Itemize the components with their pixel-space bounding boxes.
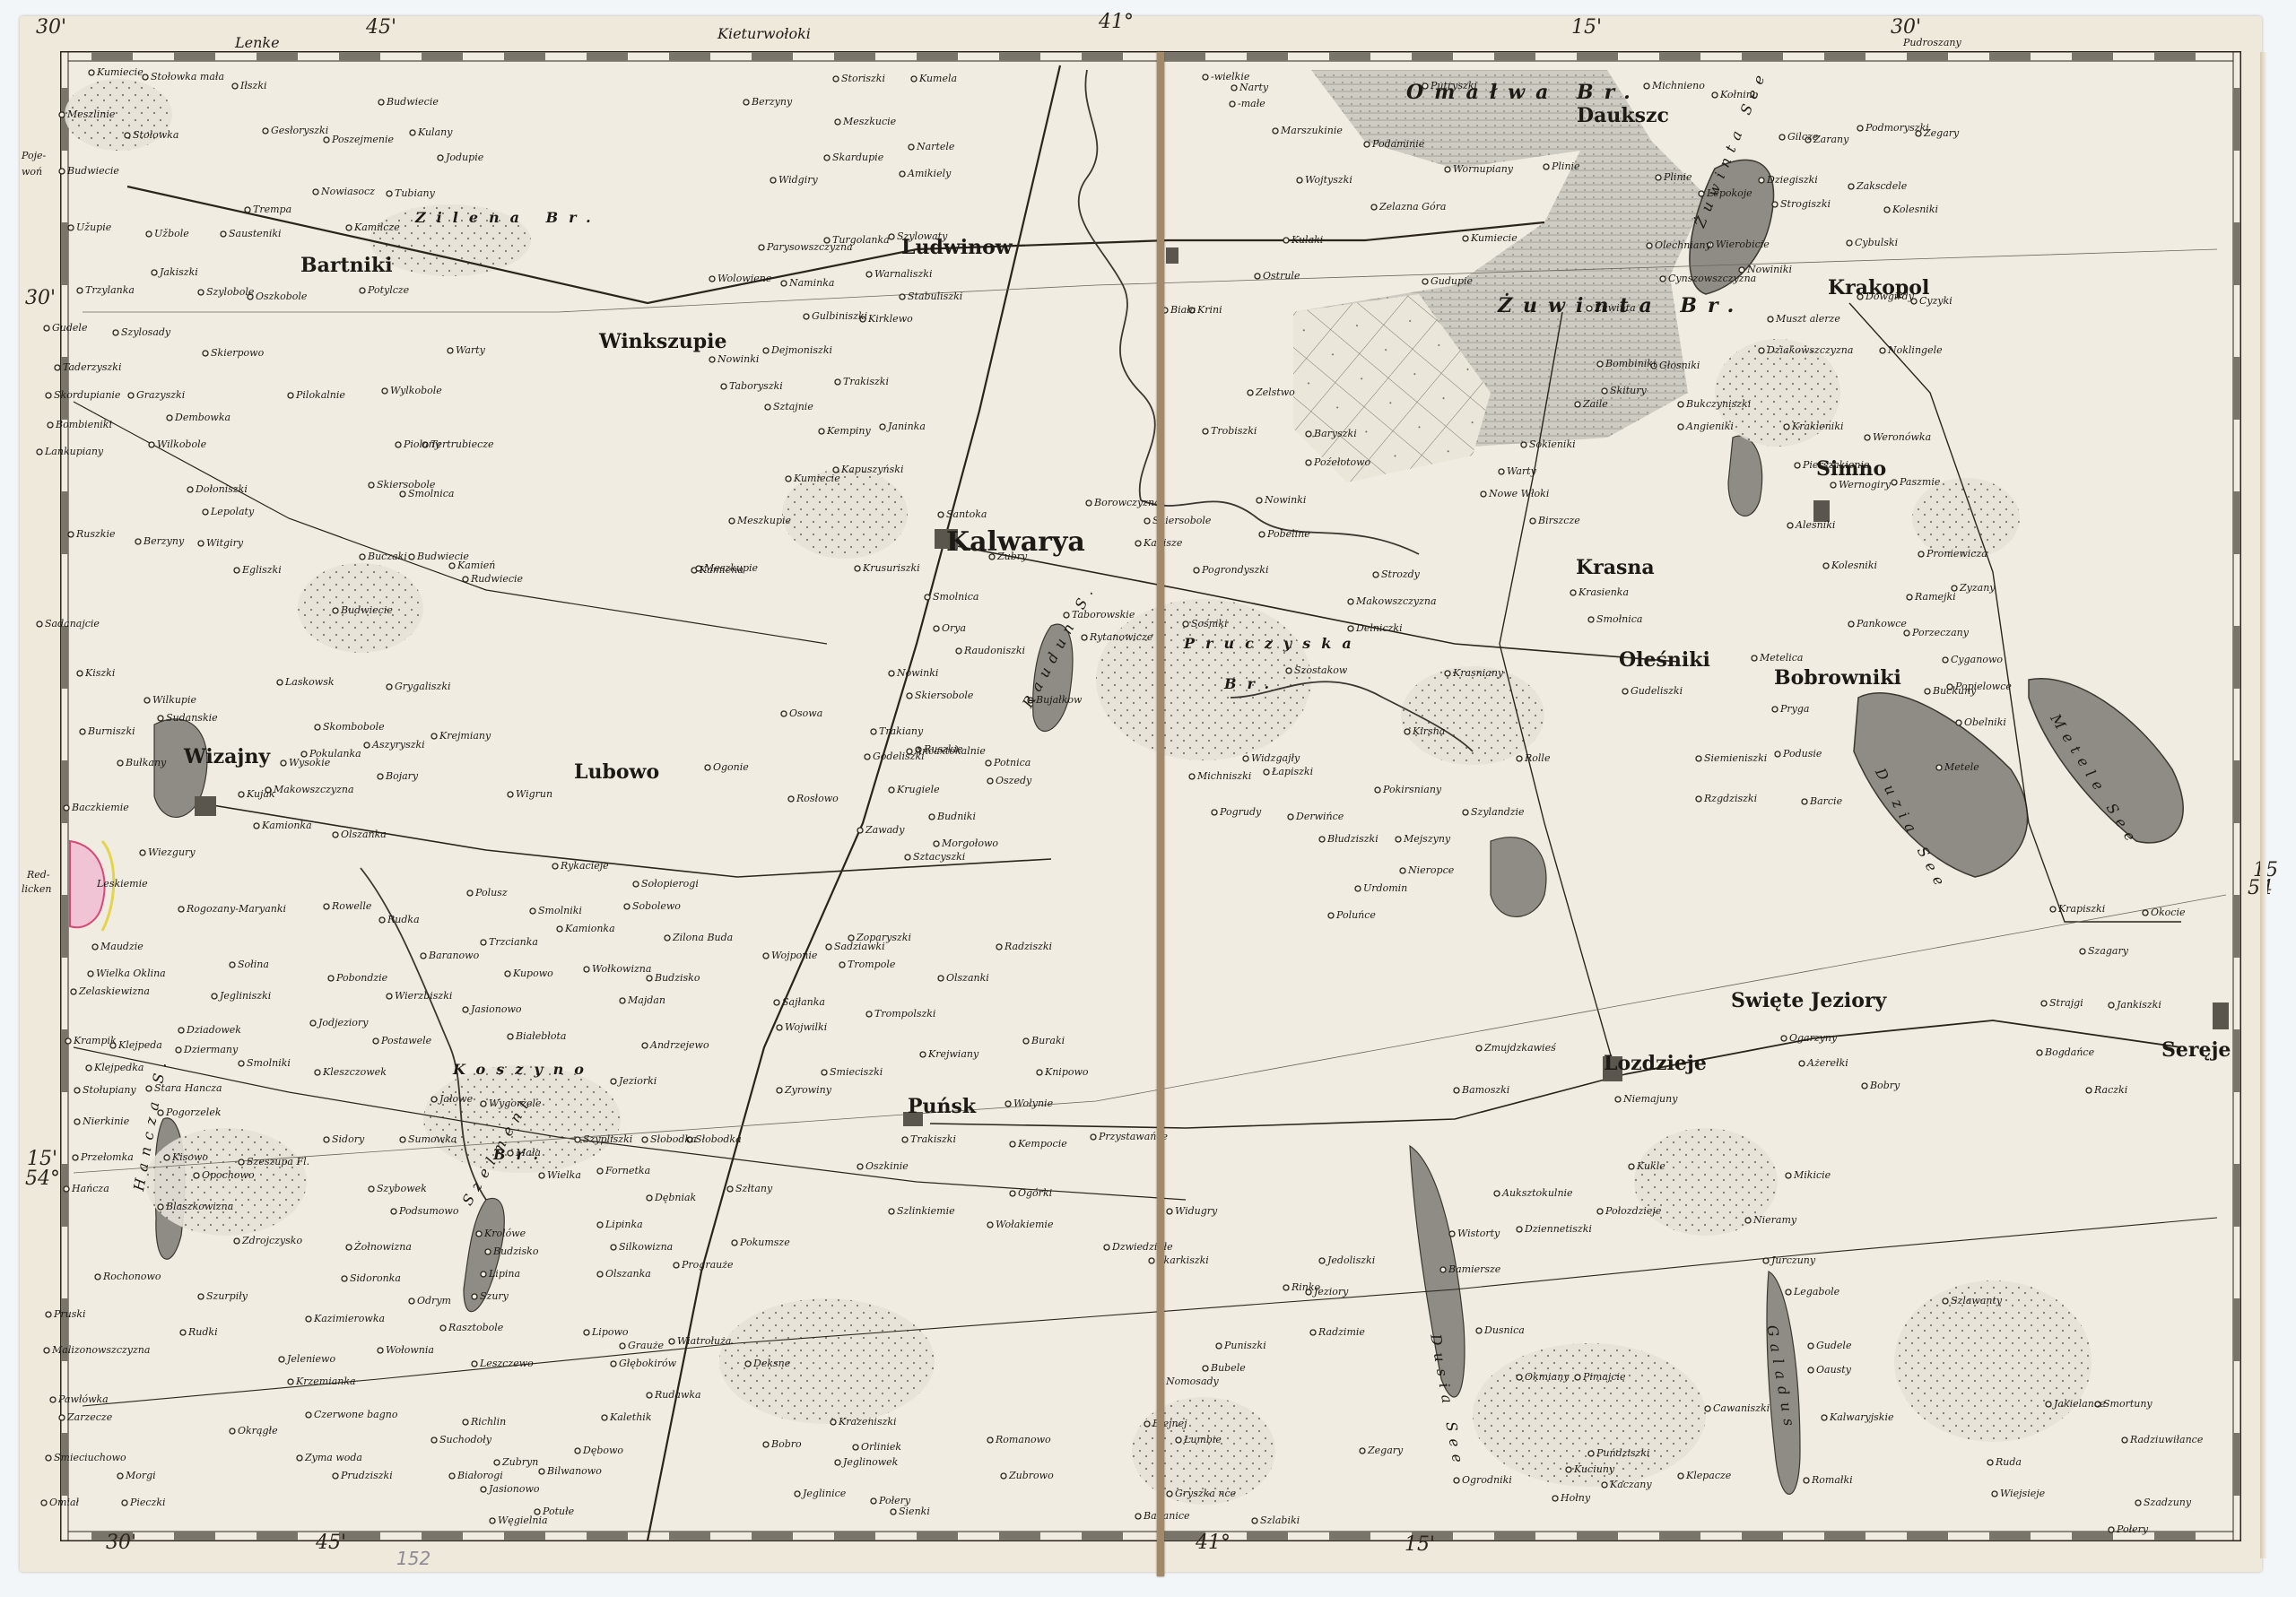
village-label: Wielka Oklina: [96, 968, 166, 978]
village-marker-icon: [1183, 621, 1188, 627]
village-marker-icon: [1644, 83, 1649, 89]
village-label: Nartele: [917, 142, 954, 152]
village-label: Omiał: [49, 1497, 79, 1507]
village-marker-icon: [490, 1518, 495, 1523]
village-label: Trakiszki: [843, 377, 889, 386]
village-marker-icon: [313, 189, 318, 195]
village-label: Kalwaryjskie: [1830, 1412, 1894, 1422]
village-label: Jasionowo: [471, 1004, 522, 1014]
village-label: Widugry: [1175, 1206, 1217, 1216]
village-marker-icon: [1622, 689, 1628, 694]
village-marker-icon: [95, 1274, 100, 1280]
village-marker-icon: [835, 1460, 840, 1465]
village-marker-icon: [481, 1487, 486, 1492]
village-label: Widgiry: [778, 175, 818, 185]
village-label: Strogiszki: [1780, 199, 1831, 209]
village-label: -małe: [1238, 99, 1265, 108]
village-marker-icon: [770, 178, 776, 183]
village-marker-icon: [1348, 599, 1353, 604]
village-marker-icon: [44, 1348, 49, 1353]
village-label: Kamionka: [262, 820, 312, 830]
village-marker-icon: [178, 1028, 184, 1033]
village-label: Szlinkiemie: [897, 1206, 955, 1216]
village-label: Olszanka: [341, 829, 387, 839]
village-label: Okrągłe: [238, 1426, 278, 1436]
village-label: Smolnica: [933, 592, 978, 602]
village-label: Kumela: [919, 74, 957, 83]
village-label: Orya: [942, 623, 966, 633]
village-label: Głębokirów: [619, 1358, 676, 1368]
village-marker-icon: [996, 944, 1002, 950]
village-label: Rykacieje: [561, 861, 609, 871]
village-label: Kamień: [457, 560, 495, 570]
village-marker-icon: [835, 119, 840, 125]
village-marker-icon: [1297, 178, 1302, 183]
village-label: Budwiecie: [387, 97, 439, 107]
village-label: Jasionowo: [489, 1484, 540, 1494]
village-marker-icon: [144, 698, 150, 703]
village-label: Strajgi: [2049, 998, 2083, 1008]
village-marker-icon: [86, 1065, 91, 1071]
village-marker-icon: [1257, 498, 1262, 503]
village-label: Wigrun: [516, 789, 552, 799]
village-marker-icon: [508, 1034, 513, 1039]
village-marker-icon: [866, 272, 872, 277]
village-marker-icon: [1476, 1046, 1482, 1051]
village-label: Dębniak: [655, 1193, 696, 1202]
village-marker-icon: [221, 231, 226, 237]
village-label: Grygaliszki: [395, 681, 451, 691]
village-marker-icon: [1759, 178, 1764, 183]
village-label: Tertrubiecze: [430, 439, 494, 449]
village-label: Metelica: [1760, 653, 1803, 663]
village-label: Sośniki: [1191, 619, 1228, 629]
village-label: Wołynie: [1013, 1098, 1053, 1108]
village-marker-icon: [122, 1500, 127, 1506]
village-label: Santoka: [946, 509, 987, 519]
village-marker-icon: [575, 1448, 580, 1454]
coordinate-tick-bottom: 15': [1405, 1533, 1435, 1556]
village-marker-icon: [198, 290, 204, 295]
village-marker-icon: [986, 760, 991, 766]
village-marker-icon: [705, 765, 710, 770]
village-label: Widzgajły: [1251, 753, 1300, 763]
village-label: Podmoryszki: [1865, 123, 1929, 133]
village-marker-icon: [288, 393, 293, 398]
village-label: Skarkiszki: [1157, 1255, 1209, 1265]
village-label: Janinka: [888, 421, 926, 431]
village-label: Wistorty: [1457, 1228, 1500, 1238]
village-marker-icon: [1203, 429, 1208, 434]
village-marker-icon: [853, 1445, 858, 1450]
village-marker-icon: [889, 671, 894, 676]
village-marker-icon: [68, 532, 74, 537]
village-label: Wojtyszki: [1305, 175, 1352, 185]
village-marker-icon: [1696, 796, 1701, 802]
coordinate-tick-left: 54°: [25, 1167, 60, 1190]
village-label: Krampik: [74, 1036, 117, 1046]
village-label: Cynszowszczyzna: [1668, 273, 1756, 283]
village-label: Taderzyszki: [63, 362, 121, 372]
village-marker-icon: [1517, 1375, 1522, 1380]
village-label: Grazyszki: [136, 390, 185, 400]
village-marker-icon: [1848, 184, 1854, 189]
village-label: Krzemianka: [296, 1376, 356, 1386]
village-label: Wołkowizna: [592, 964, 651, 974]
village-marker-icon: [2080, 949, 2085, 954]
village-label: Užupie: [76, 222, 111, 232]
village-label: Pryga: [1780, 704, 1809, 714]
village-label: Wernogiry: [1839, 480, 1891, 490]
village-label: Lipinka: [605, 1219, 643, 1229]
village-label: Pobondzie: [336, 973, 387, 983]
village-label: Kumiecie: [794, 473, 840, 483]
village-marker-icon: [1799, 1061, 1805, 1066]
village-label: Połozdzieje: [1605, 1206, 1661, 1216]
village-marker-icon: [855, 566, 860, 571]
village-label: Sobolewo: [632, 901, 681, 911]
village-label: Klepacze: [1686, 1471, 1731, 1480]
village-marker-icon: [1660, 276, 1665, 282]
village-marker-icon: [1696, 756, 1701, 761]
village-label: Strozdy: [1381, 569, 1420, 579]
village-marker-icon: [1831, 482, 1836, 488]
village-marker-icon: [597, 1272, 603, 1277]
village-marker-icon: [176, 1047, 181, 1053]
village-label: Szypliszki: [583, 1134, 632, 1144]
fold-seam: [1157, 52, 1164, 1576]
village-marker-icon: [889, 787, 894, 793]
village-marker-icon: [387, 994, 392, 999]
village-label: Poszejmenie: [332, 135, 394, 144]
village-marker-icon: [472, 1294, 477, 1299]
village-marker-icon: [1544, 164, 1549, 169]
village-marker-icon: [1454, 1478, 1459, 1483]
coordinate-tick-bottom: 45': [316, 1532, 346, 1554]
village-marker-icon: [1936, 765, 1942, 770]
village-label: Kaczany: [1610, 1480, 1652, 1489]
village-marker-icon: [575, 1137, 580, 1142]
village-marker-icon: [409, 1298, 414, 1304]
village-marker-icon: [763, 1442, 769, 1447]
village-label: Szagary: [2088, 946, 2128, 956]
village-marker-icon: [369, 482, 374, 488]
village-label: Szybowek: [377, 1184, 427, 1193]
village-marker-icon: [1259, 532, 1265, 537]
village-label: Nowe Włoki: [1489, 489, 1549, 499]
village-marker-icon: [611, 1361, 616, 1367]
village-label: Krejwiany: [928, 1049, 978, 1059]
village-label: Stabuliszki: [908, 291, 962, 301]
village-marker-icon: [2135, 1500, 2141, 1506]
village-label: -wielkie: [1211, 72, 1249, 82]
village-marker-icon: [1144, 518, 1150, 524]
village-label: Barcie: [1810, 796, 1842, 806]
village-marker-icon: [1779, 135, 1785, 140]
village-label: Sidory: [332, 1134, 364, 1144]
village-label: Birszcze: [1538, 516, 1580, 525]
village-label: Rudawka: [655, 1390, 701, 1400]
village-marker-icon: [1252, 1518, 1257, 1523]
village-label: Błudziszki: [1327, 834, 1378, 844]
village-marker-icon: [1772, 707, 1778, 712]
village-marker-icon: [1848, 621, 1854, 627]
village-marker-icon: [324, 137, 329, 143]
village-marker-icon: [333, 832, 338, 838]
town-label: Oleśniki: [1619, 650, 1710, 670]
village-marker-icon: [1310, 1330, 1316, 1335]
village-marker-icon: [369, 1186, 374, 1192]
village-marker-icon: [822, 1070, 827, 1075]
village-label: Kulany: [418, 127, 452, 137]
village-label: Orliniek: [861, 1442, 901, 1452]
village-marker-icon: [1306, 460, 1311, 465]
village-marker-icon: [1135, 541, 1141, 546]
village-marker-icon: [212, 994, 217, 999]
village-label: Sajłanka: [782, 997, 825, 1007]
village-marker-icon: [203, 509, 208, 515]
village-label: Krazeniszki: [839, 1417, 897, 1427]
map-sheet: KumiecieStołowka małaIłszkiMeszlinieStoł…: [20, 16, 2262, 1572]
village-marker-icon: [77, 288, 83, 293]
village-marker-icon: [239, 792, 244, 797]
village-marker-icon: [1255, 273, 1260, 279]
village-marker-icon: [1375, 787, 1380, 793]
village-marker-icon: [987, 1222, 993, 1228]
village-marker-icon: [74, 1119, 80, 1124]
village-marker-icon: [1010, 1141, 1015, 1147]
village-marker-icon: [463, 577, 468, 582]
town-label: Krasna: [1576, 558, 1655, 577]
village-label: Raczki: [2094, 1085, 2127, 1095]
village-marker-icon: [198, 1294, 204, 1299]
village-marker-icon: [642, 1137, 648, 1142]
village-marker-icon: [1286, 668, 1291, 673]
village-label: Ostrule: [1263, 271, 1300, 281]
village-label: Trompole: [848, 959, 895, 969]
village-marker-icon: [2050, 907, 2056, 912]
village-label: Weronówka: [1873, 432, 1931, 442]
village-label: Połery: [879, 1496, 910, 1506]
village-marker-icon: [440, 1325, 446, 1331]
village-label: Kukle: [1637, 1161, 1665, 1171]
village-marker-icon: [624, 904, 630, 909]
village-label: Okmiany: [1525, 1372, 1570, 1382]
village-marker-icon: [80, 729, 85, 734]
village-label: Bubele: [1211, 1363, 1246, 1373]
village-label: Cybulski: [1855, 238, 1898, 247]
village-marker-icon: [1784, 424, 1789, 430]
town-label: Bobrowniki: [1774, 668, 1901, 688]
coordinate-tick-bottom: 30': [106, 1532, 136, 1554]
village-label: Knipowo: [1045, 1067, 1089, 1077]
village-marker-icon: [1629, 1164, 1634, 1169]
village-label: Baryszki: [1314, 429, 1357, 438]
village-label: Ogarzyny: [1789, 1033, 1837, 1043]
village-label: Kempiny: [827, 426, 871, 436]
village-marker-icon: [1786, 1289, 1791, 1295]
village-label: Pawłówka: [58, 1394, 109, 1404]
village-marker-icon: [833, 76, 839, 82]
village-label: Iłszki: [240, 81, 267, 91]
village-label: Meszkucie: [843, 117, 896, 126]
village-label: Suchodoły: [439, 1435, 491, 1445]
village-label: Rolle: [1525, 753, 1550, 763]
village-label: Połery: [2117, 1524, 2148, 1534]
village-marker-icon: [44, 325, 49, 331]
village-label: Łumbie: [1184, 1435, 1222, 1445]
village-marker-icon: [1570, 590, 1576, 595]
village-marker-icon: [1355, 886, 1361, 891]
village-marker-icon: [804, 314, 809, 319]
village-label: Szadzuny: [2144, 1497, 2191, 1507]
village-label: Ruszkie: [76, 529, 116, 539]
village-label: Muszt alerze: [1776, 314, 1840, 324]
village-label: Warty: [1507, 466, 1536, 476]
village-marker-icon: [642, 1043, 648, 1048]
village-label: Dziakowszczyzna: [1767, 345, 1853, 355]
village-marker-icon: [1956, 720, 1961, 725]
village-marker-icon: [1602, 388, 1607, 394]
village-label: Białorogi: [457, 1471, 503, 1480]
village-label: Plinie: [1552, 161, 1580, 171]
region-label: Omałwa Br.: [1406, 82, 1641, 102]
village-label: Ramejki: [1915, 592, 1956, 602]
village-marker-icon: [431, 1097, 437, 1102]
village-marker-icon: [1405, 729, 1410, 734]
village-label: Jurczuny: [1771, 1255, 1815, 1265]
village-label: Trakiany: [879, 726, 923, 736]
village-label: Zelaskiewizna: [79, 986, 150, 996]
village-marker-icon: [472, 1361, 477, 1367]
village-marker-icon: [1248, 390, 1253, 395]
village-marker-icon: [530, 908, 535, 914]
village-marker-icon: [763, 953, 769, 959]
village-label: Dziegiszki: [1767, 175, 1818, 185]
village-marker-icon: [2109, 1527, 2114, 1532]
village-label: Jakielance: [2054, 1399, 2106, 1409]
village-marker-icon: [1597, 1209, 1603, 1214]
village-label: Zarany: [1813, 135, 1848, 144]
village-label: Leszczewo: [480, 1358, 534, 1368]
town-label: Winkszupie: [599, 332, 727, 352]
village-label: Wierobicie: [1716, 239, 1770, 249]
village-label: Wornupiany: [1453, 164, 1513, 174]
town-label: Lubowo: [574, 762, 659, 782]
village-label: Cyganowo: [1951, 655, 2003, 664]
village-marker-icon: [239, 1159, 244, 1165]
village-label: Zakscdele: [1857, 181, 1907, 191]
village-marker-icon: [763, 348, 769, 353]
village-marker-icon: [152, 270, 157, 275]
village-marker-icon: [378, 774, 383, 779]
village-marker-icon: [2037, 1050, 2042, 1055]
village-label: Raudoniszki: [964, 646, 1025, 655]
village-marker-icon: [64, 1186, 69, 1192]
village-marker-icon: [891, 1509, 896, 1515]
village-marker-icon: [1231, 85, 1237, 91]
village-label: Rzgdziszki: [1704, 794, 1757, 803]
village-marker-icon: [1862, 1083, 1867, 1089]
coordinate-tick-left: 30': [25, 287, 56, 309]
village-marker-icon: [89, 70, 94, 75]
village-label: Oausty: [1816, 1365, 1851, 1375]
village-marker-icon: [1481, 491, 1486, 497]
village-label: Pieczki: [130, 1497, 166, 1507]
village-marker-icon: [1086, 500, 1091, 506]
village-marker-icon: [2041, 1001, 2047, 1006]
village-marker-icon: [232, 83, 238, 89]
village-label: Kiszki: [85, 668, 115, 678]
village-marker-icon: [795, 1491, 800, 1497]
village-marker-icon: [786, 476, 791, 482]
village-label: Dembowka: [175, 412, 230, 422]
village-label: Trobiszki: [1211, 426, 1257, 436]
border-place-label: woń: [22, 167, 42, 177]
village-label: Zelazna Góra: [1379, 202, 1446, 212]
village-marker-icon: [1678, 402, 1683, 407]
village-marker-icon: [505, 971, 510, 976]
village-label: Szlawanty: [1951, 1296, 2002, 1306]
village-label: Krapiszki: [2058, 904, 2105, 914]
village-marker-icon: [1273, 128, 1278, 134]
village-label: Smolniki: [538, 906, 582, 916]
village-label: Potułe: [543, 1506, 574, 1516]
village-marker-icon: [198, 541, 204, 546]
village-marker-icon: [46, 1312, 51, 1317]
village-marker-icon: [310, 1020, 316, 1026]
village-marker-icon: [826, 944, 831, 950]
village-marker-icon: [1144, 1421, 1150, 1427]
village-label: Szylosady: [121, 327, 170, 337]
village-label: Zyma woda: [305, 1453, 362, 1462]
village-marker-icon: [1288, 814, 1293, 820]
village-marker-icon: [1763, 1258, 1769, 1263]
village-label: Potnica: [994, 758, 1031, 768]
village-label: Nowinki: [717, 354, 759, 364]
village-label: Wilkobole: [157, 439, 206, 449]
village-label: Wojponie: [771, 950, 817, 960]
village-marker-icon: [1517, 756, 1522, 761]
village-marker-icon: [37, 621, 42, 627]
village-marker-icon: [2046, 1402, 2051, 1407]
village-label: Krasniany: [1453, 668, 1503, 678]
village-marker-icon: [1575, 402, 1580, 407]
village-label: Leskiemie: [97, 879, 148, 889]
village-marker-icon: [88, 971, 93, 976]
village-label: Buraki: [1031, 1036, 1065, 1046]
village-label: Egliszki: [242, 565, 282, 575]
town-label: Lozdzieje: [1604, 1054, 1707, 1073]
village-marker-icon: [1768, 317, 1773, 322]
village-marker-icon: [611, 1079, 616, 1084]
village-label: Stołowka mała: [151, 72, 224, 82]
village-label: Fornetka: [605, 1166, 650, 1176]
village-marker-icon: [463, 1419, 468, 1425]
village-marker-icon: [306, 1316, 311, 1322]
village-marker-icon: [328, 976, 334, 981]
village-marker-icon: [835, 379, 840, 385]
village-marker-icon: [831, 1419, 836, 1425]
border-place-label: Kieturwołoki: [717, 27, 811, 41]
village-label: Nierkinie: [83, 1116, 129, 1126]
village-marker-icon: [774, 1000, 779, 1005]
village-marker-icon: [584, 1330, 589, 1335]
village-marker-icon: [400, 1137, 405, 1142]
village-marker-icon: [1943, 1298, 1948, 1304]
village-marker-icon: [1283, 238, 1289, 243]
village-marker-icon: [158, 716, 163, 721]
